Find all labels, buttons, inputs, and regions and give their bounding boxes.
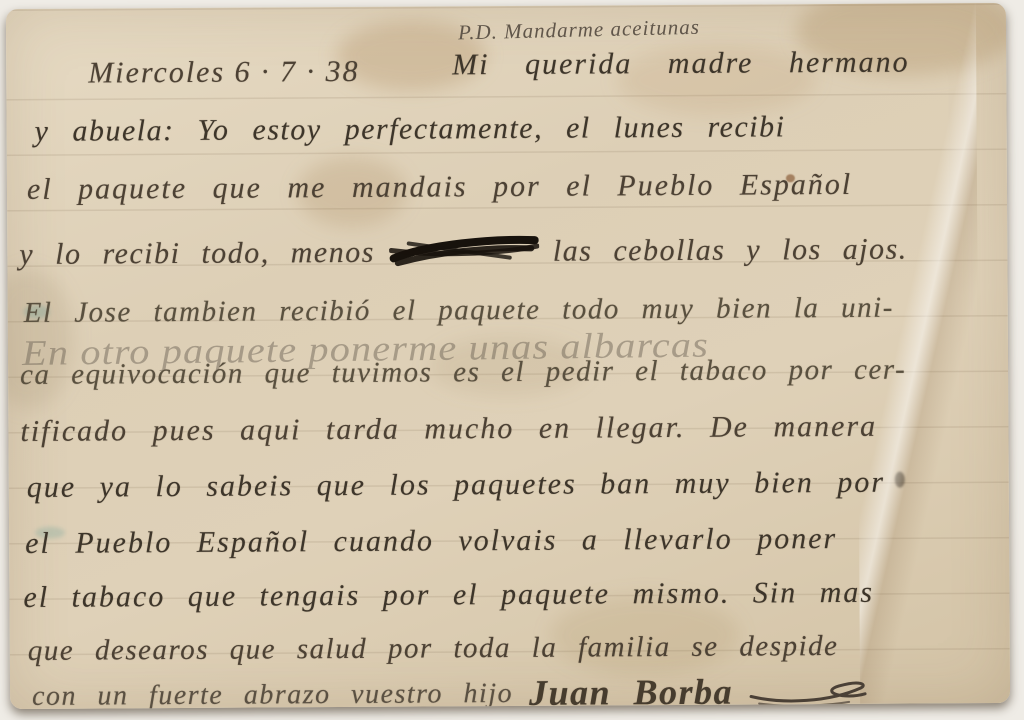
line4-text-before: y lo recibi todo, menos: [19, 238, 375, 270]
strikethrough-scribble-icon: [388, 228, 540, 277]
handwriting-line-8: que ya lo sabeis que los paquetes ban mu…: [27, 468, 885, 503]
handwriting-line-4: y lo recibi todo, menos las cebollas y l…: [19, 230, 908, 275]
line4-text-after: las cebollas y los ajos.: [553, 235, 908, 267]
handwriting-line-7: tificado pues aqui tarda mucho en llegar…: [20, 412, 877, 447]
handwriting-line-9: el Pueblo Español cuando volvais a lleva…: [25, 524, 837, 559]
handwriting-line-10: el tabaco que tengais por el paquete mis…: [23, 578, 874, 613]
handwriting-line-3: el paquete que me mandais por el Pueblo …: [27, 170, 852, 205]
handwriting-line-11: que desearos que salud por toda la famil…: [28, 632, 839, 666]
handwriting-line-12: con un fuerte abrazo vuestro hijo Juan B…: [32, 670, 869, 709]
pencil-postscript: P.D. Mandarme aceitunas: [458, 17, 700, 44]
postcard-scan: P.D. Mandarme aceitunas Miercoles 6 · 7 …: [0, 0, 1024, 720]
signature: Juan Borba: [529, 674, 733, 709]
signature-flourish-icon: [749, 678, 869, 709]
letter-date: Miercoles 6 · 7 · 38: [88, 57, 360, 89]
handwriting-line-5: El Jose tambien recibió el paquete todo …: [24, 294, 894, 328]
postcard-paper: P.D. Mandarme aceitunas Miercoles 6 · 7 …: [6, 3, 1010, 709]
closing-text: con un fuerte abrazo vuestro hijo: [32, 680, 513, 709]
handwriting-line-2: y abuela: Yo estoy perfectamente, el lun…: [35, 112, 786, 147]
handwriting-line-6: ca equivocación que tuvimos es el pedir …: [20, 356, 906, 390]
handwriting-line-1: Mi querida madre hermano: [452, 48, 910, 81]
ink-blot: [895, 472, 905, 488]
